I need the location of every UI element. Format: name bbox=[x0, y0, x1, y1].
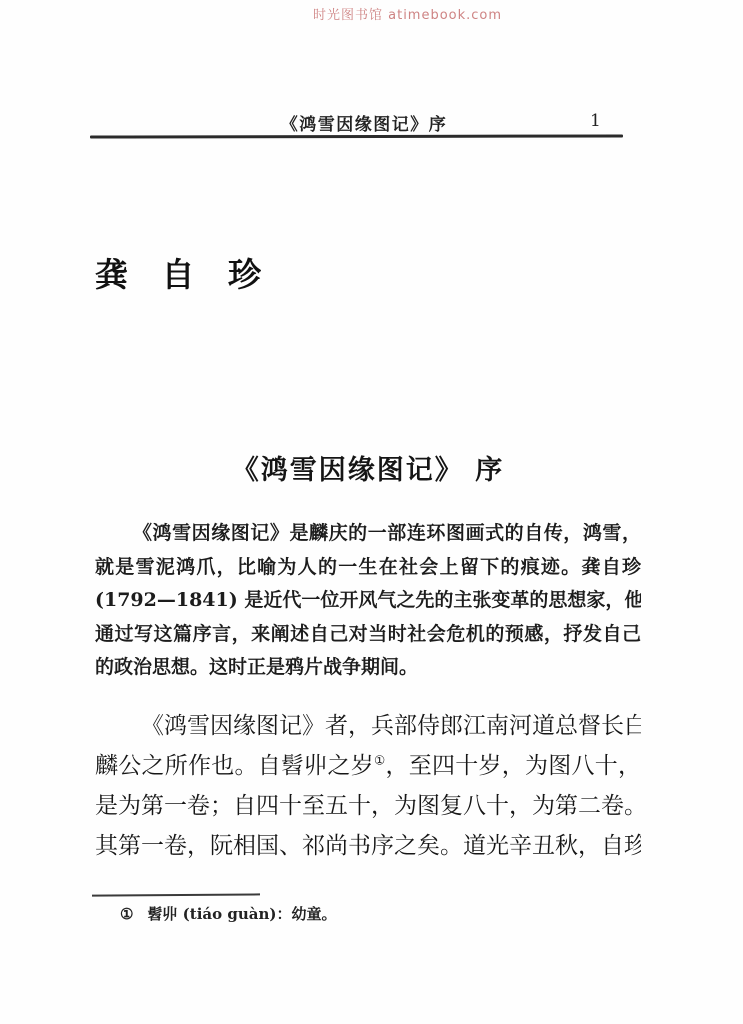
page-number: 1 bbox=[590, 111, 601, 131]
body-line: 《鸿雪因缘图记》者，兵部侍郎江南河道总督长白 bbox=[95, 706, 641, 746]
header-rule bbox=[90, 134, 623, 138]
site-watermark: 时光图书馆 atimebook.com bbox=[313, 4, 502, 23]
body-line: 麟公之所作也。自髫丱之岁①，至四十岁，为图八十， bbox=[95, 746, 641, 786]
intro-line: 通过写这篇序言，来阐述自己对当时社会危机的预感，抒发自己 bbox=[95, 618, 641, 652]
author-name: 龚 自 珍 bbox=[95, 249, 272, 296]
section-title: 《鸿雪因缘图记》 序 bbox=[95, 448, 641, 487]
footnote-reference-marker: ① bbox=[374, 752, 386, 767]
running-header-title: 《鸿雪因缘图记》序 bbox=[90, 110, 638, 135]
footnote-text: 髫丱 (tiáo guàn)：幼童。 bbox=[147, 905, 336, 923]
body-line-text: 麟公之所作也。自髫丱之岁 bbox=[95, 753, 374, 779]
footnote-marker: ① bbox=[120, 905, 133, 923]
running-header: 《鸿雪因缘图记》序 1 bbox=[90, 110, 638, 136]
intro-line: (1792—1841) 是近代一位开风气之先的主张变革的思想家，他 bbox=[95, 584, 641, 618]
body-line: 其第一卷，阮相国、祁尚书序之矣。道光辛丑秋，自珍 bbox=[95, 826, 641, 866]
body-line: 是为第一卷；自四十至五十，为图复八十，为第二卷。 bbox=[95, 786, 641, 826]
intro-line: 的政治思想。这时正是鸦片战争期间。 bbox=[95, 651, 641, 685]
scanned-book-page: 时光图书馆 atimebook.com 《鸿雪因缘图记》序 1 龚 自 珍 《鸿… bbox=[0, 0, 743, 1024]
body-paragraph: 《鸿雪因缘图记》者，兵部侍郎江南河道总督长白 麟公之所作也。自髫丱之岁①，至四十… bbox=[95, 706, 641, 866]
footnote: ①髫丱 (tiáo guàn)：幼童。 bbox=[120, 903, 336, 924]
intro-line: 《鸿雪因缘图记》是麟庆的一部连环图画式的自传，鸿雪， bbox=[95, 517, 641, 551]
footnote-separator-rule bbox=[92, 893, 260, 896]
intro-paragraph: 《鸿雪因缘图记》是麟庆的一部连环图画式的自传，鸿雪， 就是雪泥鸿爪，比喻为人的一… bbox=[95, 517, 641, 685]
body-line-text: ，至四十岁，为图八十， bbox=[386, 753, 641, 779]
intro-line: 就是雪泥鸿爪，比喻为人的一生在社会上留下的痕迹。龚自珍 bbox=[95, 551, 641, 585]
